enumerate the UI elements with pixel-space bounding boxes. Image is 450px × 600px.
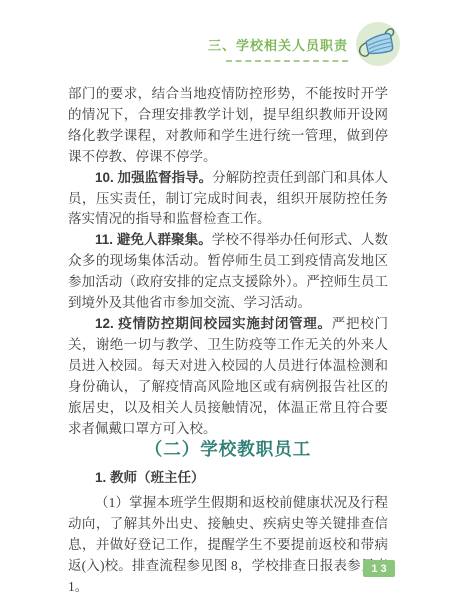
paragraph-item-12: 12. 疫情防控期间校园实施封闭管理。严把校门关，谢绝一切与教学、卫生防疫等工作… xyxy=(68,314,388,439)
page-header: 三、学校相关人员职责 xyxy=(208,22,400,66)
document-page: 三、学校相关人员职责 部门的要求，结合当地 xyxy=(0,0,450,600)
paragraph-lead: 10. 加强监督指导。 xyxy=(95,170,212,185)
paragraph-lead: 11. 避免人群聚集。 xyxy=(95,232,212,247)
sub-heading-teacher: 1. 教师（班主任） xyxy=(68,468,388,489)
paragraph-text: 严把校门关，谢绝一切与教学、卫生防疫等工作无关的外来人员进入校园。每天对进入校园… xyxy=(68,316,388,436)
chapter-title: 三、学校相关人员职责 xyxy=(208,35,348,54)
paragraph-item-11: 11. 避免人群聚集。学校不得举办任何形式、人数众多的现场集体活动。暂停师生员工… xyxy=(68,230,388,314)
paragraph-teacher-duty-1: （1）掌握本班学生假期和返校前健康状况及行程动向，了解其外出史、接触史、疾病史等… xyxy=(68,493,388,598)
page-number-badge: 13 xyxy=(363,560,395,577)
header-title-block: 三、学校相关人员职责 xyxy=(208,27,348,62)
paragraph-lead: 12. 疫情防控期间校园实施封闭管理。 xyxy=(95,316,332,331)
text-column: 部门的要求，结合当地疫情防控形势，不能按时开学的情况下，合理安排教学计划，提早组… xyxy=(68,84,388,598)
header-dashed-rule xyxy=(226,60,348,62)
paragraph-item-10: 10. 加强监督指导。分解防控责任到部门和具体人员，压实责任，制订完成时间表，组… xyxy=(68,168,388,231)
face-mask-icon xyxy=(356,22,400,66)
section-heading: （二）学校教职员工 xyxy=(68,439,388,460)
paragraph-continuation: 部门的要求，结合当地疫情防控形势，不能按时开学的情况下，合理安排教学计划，提早组… xyxy=(68,84,388,168)
face-mask-icon-svg xyxy=(356,22,400,66)
